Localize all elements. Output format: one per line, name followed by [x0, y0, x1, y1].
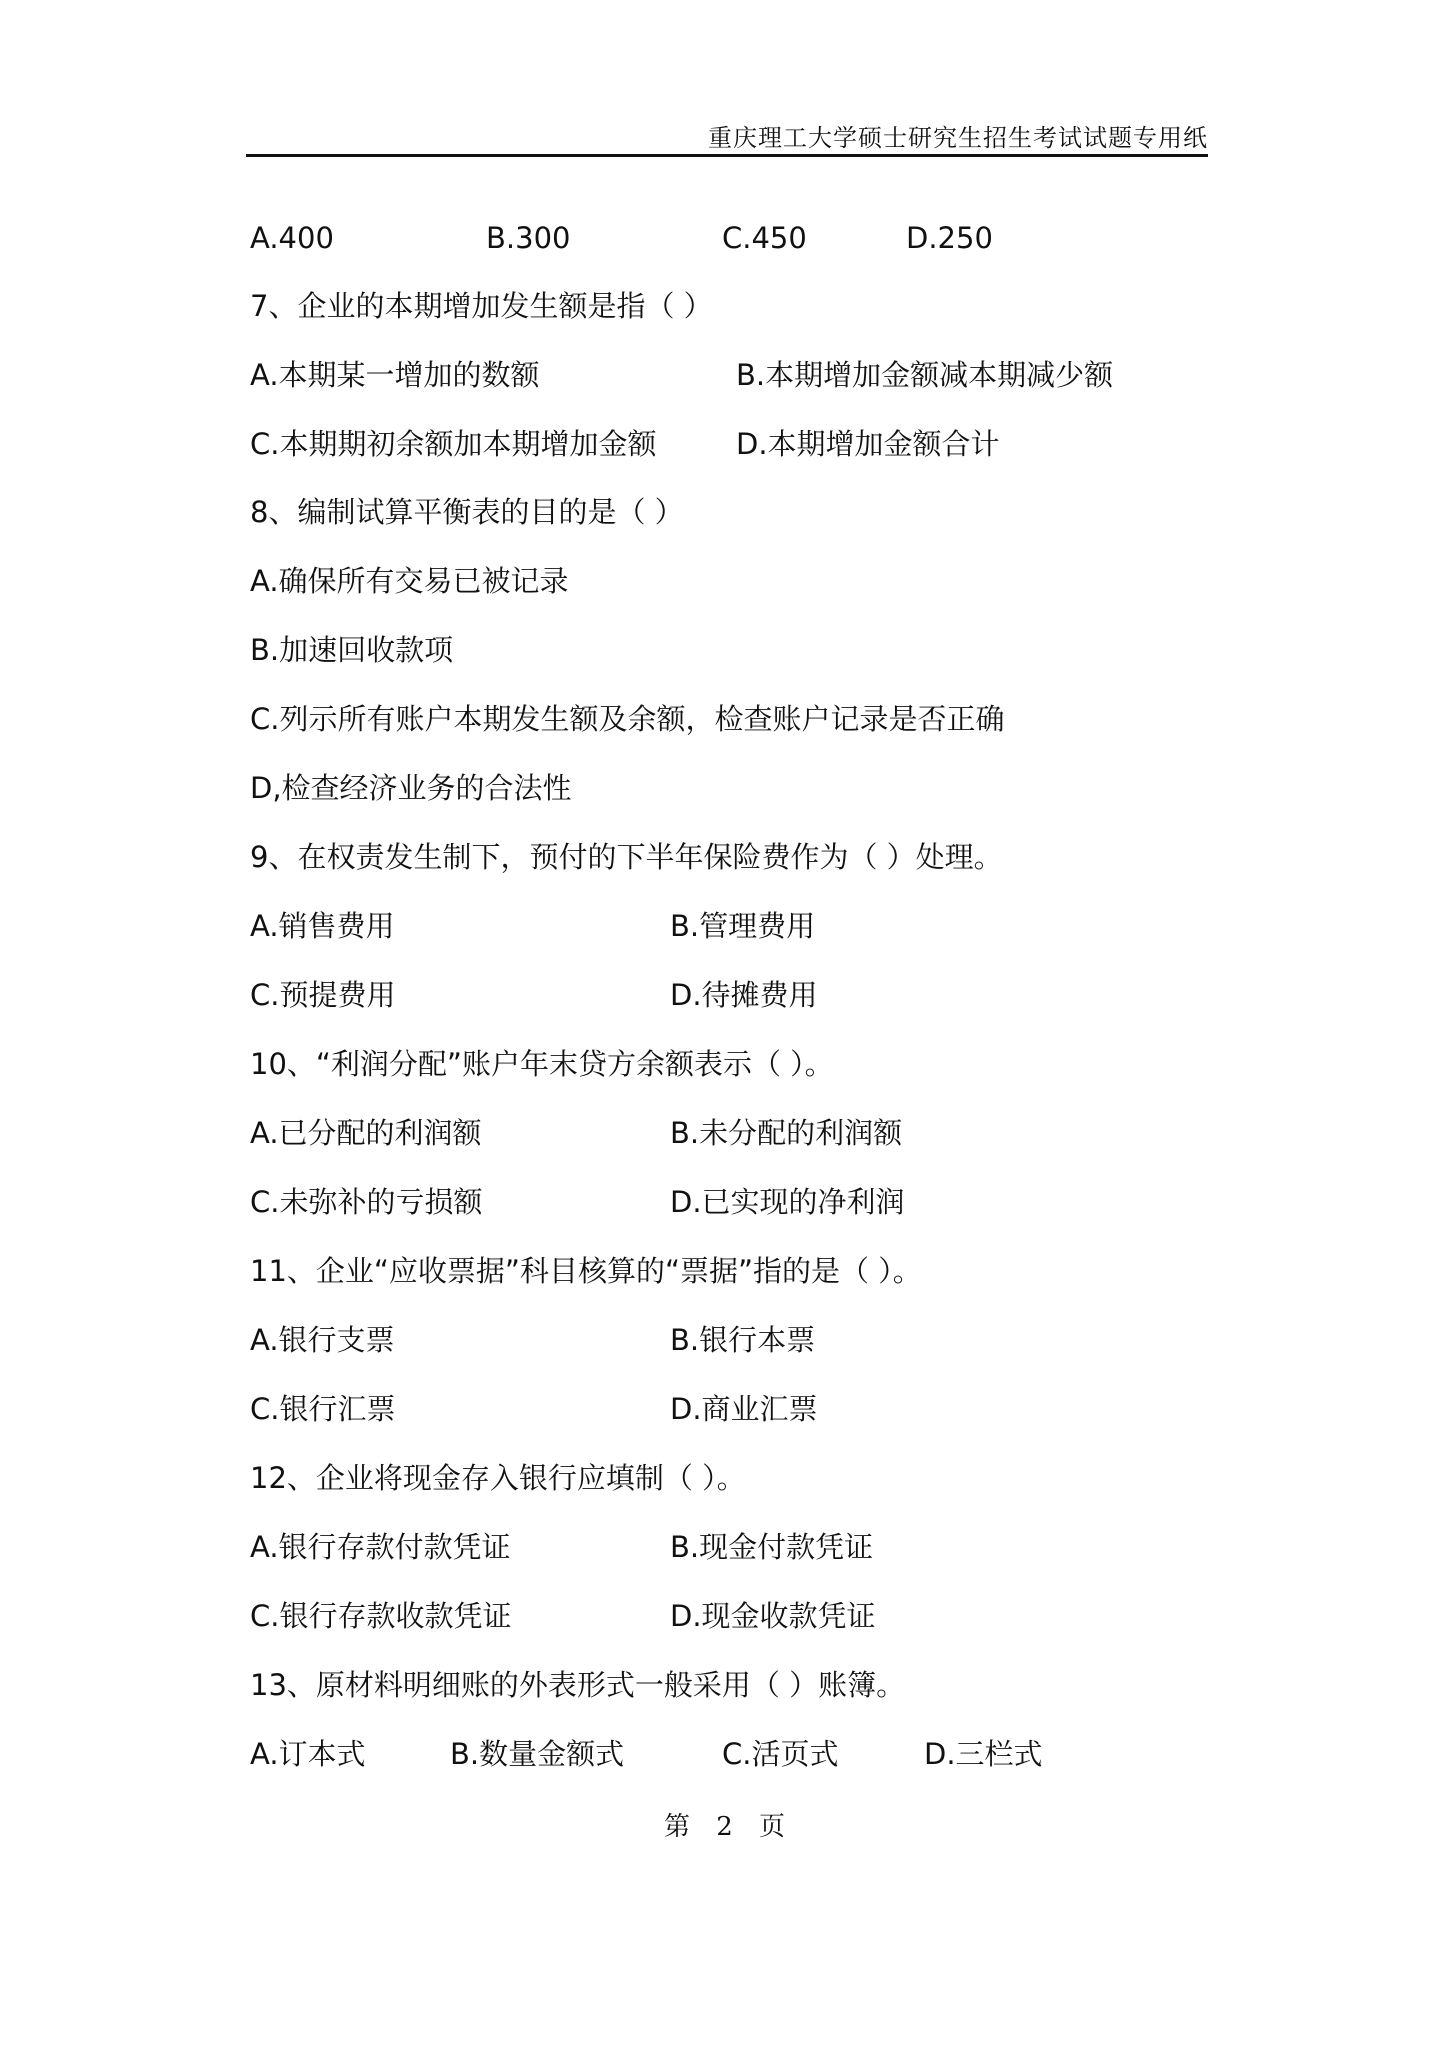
option-a: A.400: [250, 218, 334, 258]
option-c: C.本期期初余额加本期增加金额: [250, 424, 656, 464]
question-8-option-c: C.列示所有账户本期发生额及余额，检查账户记录是否正确: [250, 699, 1004, 739]
option-d: D.商业汇票: [670, 1389, 818, 1429]
header-divider: [246, 154, 1208, 157]
option-b: B.300: [486, 218, 570, 258]
option-a: A.销售费用: [250, 906, 395, 946]
option-c: C.未弥补的亏损额: [250, 1182, 482, 1222]
question-8-option-b: B.加速回收款项: [250, 630, 453, 670]
question-8-option-a: A.确保所有交易已被记录: [250, 561, 569, 601]
option-b: B.管理费用: [670, 906, 815, 946]
option-c: C.450: [722, 218, 807, 258]
option-d: D.待摊费用: [670, 975, 818, 1015]
question-8-option-d: D,检查经济业务的合法性: [250, 768, 572, 808]
option-b: B.现金付款凭证: [670, 1527, 873, 1567]
question-13-stem: 13、原材料明细账的外表形式一般采用（ ）账簿。: [250, 1665, 905, 1705]
option-a: A.银行支票: [250, 1320, 395, 1360]
option-a: A.本期某一增加的数额: [250, 355, 540, 395]
option-c: C.预提费用: [250, 975, 395, 1015]
question-12-stem: 12、企业将现金存入银行应填制（ ）。: [250, 1458, 746, 1498]
option-b: B.本期增加金额减本期减少额: [736, 355, 1113, 395]
option-c: C.银行存款收款凭证: [250, 1596, 511, 1636]
option-d: D.现金收款凭证: [670, 1596, 876, 1636]
option-b: B.数量金额式: [450, 1734, 624, 1774]
option-b: B.银行本票: [670, 1320, 815, 1360]
option-c: C.银行汇票: [250, 1389, 395, 1429]
option-a: A.订本式: [250, 1734, 366, 1774]
option-d: D.已实现的净利润: [670, 1182, 905, 1222]
option-c: C.活页式: [722, 1734, 838, 1774]
question-10-stem: 10、“利润分配”账户年末贷方余额表示（ ）。: [250, 1044, 834, 1084]
question-11-stem: 11、企业“应收票据”科目核算的“票据”指的是（ ）。: [250, 1251, 922, 1291]
option-d: D.本期增加金额合计: [736, 424, 1000, 464]
option-a: A.已分配的利润额: [250, 1113, 482, 1153]
option-d: D.三栏式: [924, 1734, 1043, 1774]
option-b: B.未分配的利润额: [670, 1113, 902, 1153]
question-9-stem: 9、在权责发生制下，预付的下半年保险费作为（ ）处理。: [250, 837, 1003, 877]
question-7-stem: 7、企业的本期增加发生额是指（ ）: [250, 286, 713, 326]
option-a: A.银行存款付款凭证: [250, 1527, 511, 1567]
header-title: 重庆理工大学硕士研究生招生考试试题专用纸: [700, 118, 1208, 153]
page-number: 第 2 页: [0, 1806, 1449, 1843]
option-d: D.250: [906, 218, 993, 258]
question-8-stem: 8、编制试算平衡表的目的是（ ）: [250, 492, 684, 532]
